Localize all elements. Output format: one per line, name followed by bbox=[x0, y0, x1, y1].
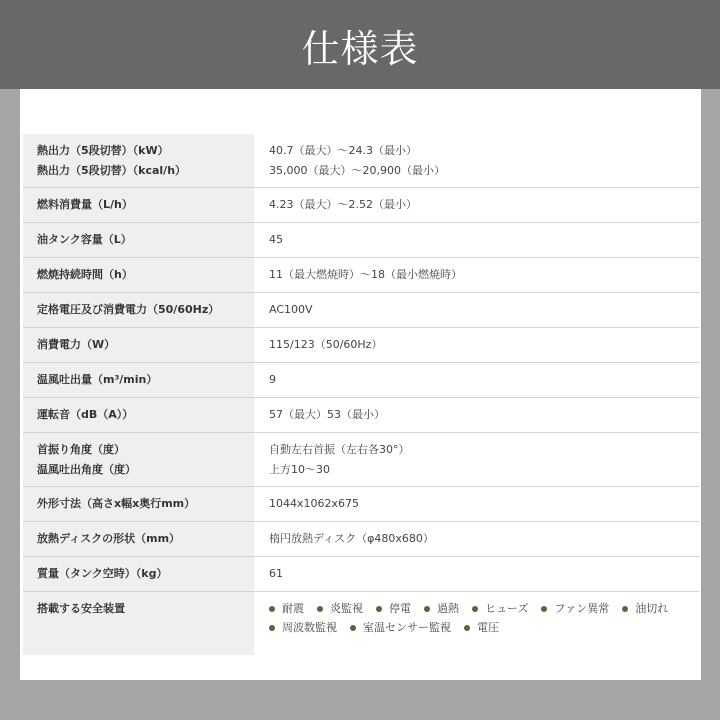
table-row-airflow: 温風吐出量（m³/min） 9 bbox=[23, 363, 699, 398]
row-label: 搭載する安全装置 bbox=[23, 592, 254, 656]
row-label: 消費電力（W） bbox=[23, 328, 254, 363]
row-value: 115/123（50/60Hz） bbox=[254, 328, 699, 363]
bullet-label: ヒューズ bbox=[485, 599, 528, 618]
safety-device-list: 耐震 炎監視 停電 過熱 ヒューズ ファン異常 油切れ 周波数監視 室温センサー… bbox=[269, 599, 699, 637]
table-row-tank-capacity: 油タンク容量（L） 45 bbox=[23, 223, 699, 258]
bullet-dot-icon bbox=[464, 625, 470, 631]
bullet-dot-icon bbox=[317, 606, 323, 612]
row-value: 自動左右首振（左右各30°） 上方10～30 bbox=[254, 433, 699, 487]
bullet-label: 耐震 bbox=[282, 599, 304, 618]
label-line: 熱出力（5段切替）（kcal/h） bbox=[37, 161, 254, 181]
table-row-disc-shape: 放熱ディスクの形状（mm） 楕円放熱ディスク（φ480x680） bbox=[23, 522, 699, 557]
row-label: 熱出力（5段切替）（kW） 熱出力（5段切替）（kcal/h） bbox=[23, 134, 254, 188]
list-item: 停電 bbox=[376, 599, 411, 618]
row-label: 燃料消費量（L/h） bbox=[23, 188, 254, 223]
table-row-dimensions: 外形寸法（高さx幅x奥行mm） 1044x1062x675 bbox=[23, 487, 699, 522]
spec-panel: 熱出力（5段切替）（kW） 熱出力（5段切替）（kcal/h） 40.7（最大）… bbox=[20, 89, 701, 680]
table-row-rated-voltage: 定格電圧及び消費電力（50/60Hz） AC100V bbox=[23, 293, 699, 328]
table-row-safety-devices: 搭載する安全装置 耐震 炎監視 停電 過熱 ヒューズ ファン異常 油切れ 周波数… bbox=[23, 592, 699, 656]
list-item: 周波数監視 bbox=[269, 618, 337, 637]
bullet-label: 電圧 bbox=[477, 618, 499, 637]
bullet-dot-icon bbox=[376, 606, 382, 612]
row-label: 油タンク容量（L） bbox=[23, 223, 254, 258]
table-row-weight: 質量（タンク空時）（kg） 61 bbox=[23, 557, 699, 592]
row-value: 1044x1062x675 bbox=[254, 487, 699, 522]
value-line: 上方10～30 bbox=[269, 460, 699, 480]
bullet-label: 周波数監視 bbox=[282, 618, 337, 637]
row-value: AC100V bbox=[254, 293, 699, 328]
list-item: ファン異常 bbox=[541, 599, 609, 618]
list-item: 室温センサー監視 bbox=[350, 618, 451, 637]
value-line: 35,000（最大）～20,900（最小） bbox=[269, 161, 699, 181]
row-value: 45 bbox=[254, 223, 699, 258]
row-value: 40.7（最大）～24.3（最小） 35,000（最大）～20,900（最小） bbox=[254, 134, 699, 188]
bullet-dot-icon bbox=[350, 625, 356, 631]
row-label: 燃焼持続時間（h） bbox=[23, 258, 254, 293]
row-value: 57（最大）53（最小） bbox=[254, 398, 699, 433]
bullet-dot-icon bbox=[541, 606, 547, 612]
value-line: 40.7（最大）～24.3（最小） bbox=[269, 141, 699, 161]
bullet-label: 室温センサー監視 bbox=[363, 618, 451, 637]
row-label: 定格電圧及び消費電力（50/60Hz） bbox=[23, 293, 254, 328]
row-label: 温風吐出量（m³/min） bbox=[23, 363, 254, 398]
row-label: 放熱ディスクの形状（mm） bbox=[23, 522, 254, 557]
list-item: 耐震 bbox=[269, 599, 304, 618]
row-value: 楕円放熱ディスク（φ480x680） bbox=[254, 522, 699, 557]
bullet-dot-icon bbox=[472, 606, 478, 612]
table-row-heat-output: 熱出力（5段切替）（kW） 熱出力（5段切替）（kcal/h） 40.7（最大）… bbox=[23, 134, 699, 188]
header-bar: 仕様表 bbox=[0, 0, 720, 89]
table-row-noise: 運転音（dB（A）） 57（最大）53（最小） bbox=[23, 398, 699, 433]
label-line: 温風吐出角度（度） bbox=[37, 460, 254, 480]
bullet-label: 過熱 bbox=[437, 599, 459, 618]
table-row-swing-angle: 首振り角度（度） 温風吐出角度（度） 自動左右首振（左右各30°） 上方10～3… bbox=[23, 433, 699, 487]
value-line: 自動左右首振（左右各30°） bbox=[269, 440, 699, 460]
row-value: 耐震 炎監視 停電 過熱 ヒューズ ファン異常 油切れ 周波数監視 室温センサー… bbox=[254, 592, 699, 656]
list-item: 炎監視 bbox=[317, 599, 363, 618]
row-value: 11（最大燃焼時）～18（最小燃焼時） bbox=[254, 258, 699, 293]
bullet-label: ファン異常 bbox=[554, 599, 609, 618]
table-row-burn-duration: 燃焼持続時間（h） 11（最大燃焼時）～18（最小燃焼時） bbox=[23, 258, 699, 293]
bullet-dot-icon bbox=[269, 606, 275, 612]
table-row-fuel-consumption: 燃料消費量（L/h） 4.23（最大）～2.52（最小） bbox=[23, 188, 699, 223]
row-value: 61 bbox=[254, 557, 699, 592]
list-item: ヒューズ bbox=[472, 599, 528, 618]
row-value: 4.23（最大）～2.52（最小） bbox=[254, 188, 699, 223]
label-line: 熱出力（5段切替）（kW） bbox=[37, 141, 254, 161]
page-title: 仕様表 bbox=[301, 18, 418, 73]
bullet-label: 炎監視 bbox=[330, 599, 363, 618]
list-item: 油切れ bbox=[622, 599, 668, 618]
row-label: 外形寸法（高さx幅x奥行mm） bbox=[23, 487, 254, 522]
bullet-label: 停電 bbox=[389, 599, 411, 618]
row-label: 運転音（dB（A）） bbox=[23, 398, 254, 433]
table-row-power-consumption: 消費電力（W） 115/123（50/60Hz） bbox=[23, 328, 699, 363]
bullet-dot-icon bbox=[269, 625, 275, 631]
list-item: 過熱 bbox=[424, 599, 459, 618]
bullet-dot-icon bbox=[424, 606, 430, 612]
bullet-label: 油切れ bbox=[635, 599, 668, 618]
row-label: 質量（タンク空時）（kg） bbox=[23, 557, 254, 592]
row-label: 首振り角度（度） 温風吐出角度（度） bbox=[23, 433, 254, 487]
row-value: 9 bbox=[254, 363, 699, 398]
list-item: 電圧 bbox=[464, 618, 499, 637]
spec-table: 熱出力（5段切替）（kW） 熱出力（5段切替）（kcal/h） 40.7（最大）… bbox=[23, 134, 699, 655]
label-line: 首振り角度（度） bbox=[37, 440, 254, 460]
bullet-dot-icon bbox=[622, 606, 628, 612]
